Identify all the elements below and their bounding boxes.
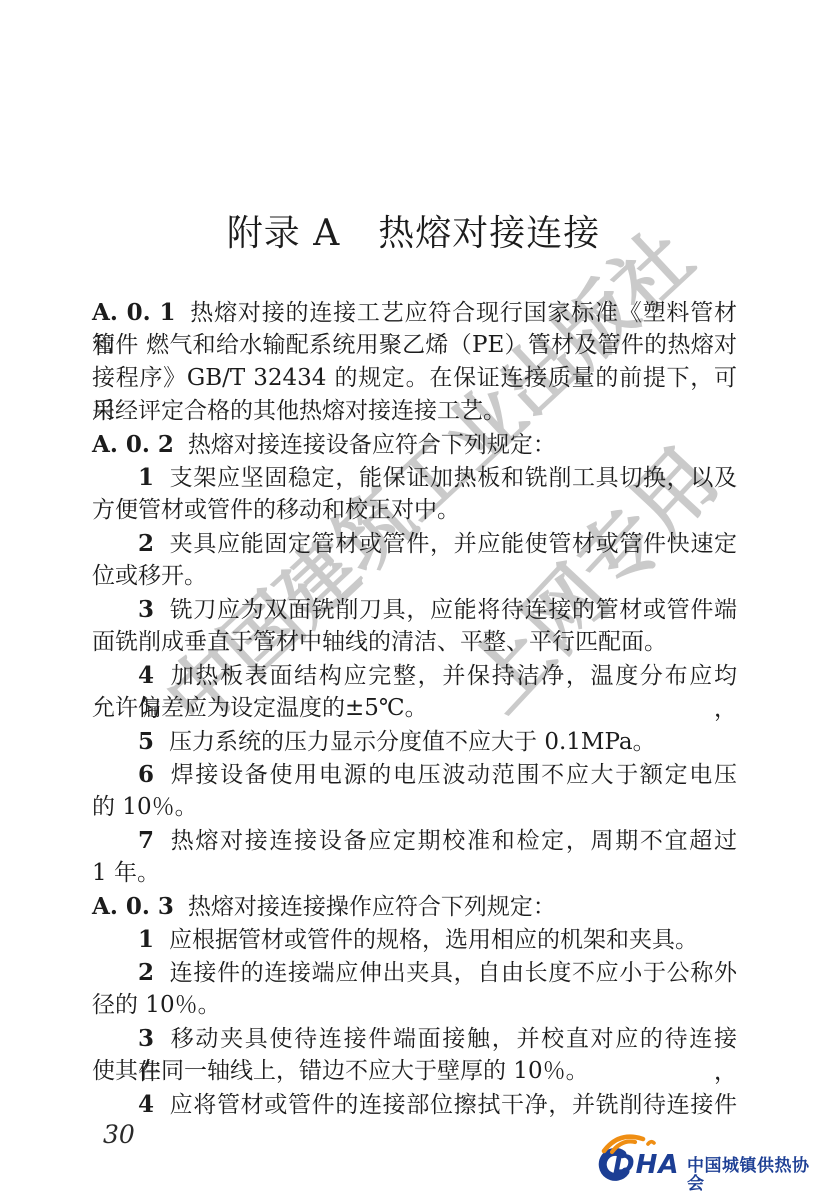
text-line: 2夹具应能固定管材或管件，并应能使管材或管件快速定 [92, 527, 737, 560]
line-text: 径的 10％。 [92, 992, 221, 1018]
line-text: 位或移开。 [92, 563, 207, 589]
line-text: 热熔对接连接操作应符合下列规定： [188, 894, 556, 920]
text-line: 5压力系统的压力显示分度值不应大于 0.1MPa。 [92, 725, 737, 758]
item-number: 4 [138, 1091, 154, 1118]
text-line: 2连接件的连接端应伸出夹具，自由长度不应小于公称外 [92, 956, 737, 989]
flame-tick-icon [648, 1142, 654, 1144]
text-line: 6焊接设备使用电源的电压波动范围不应大于额定电压 [92, 758, 737, 791]
document-page: 中国建筑工业出版社 上网专用 附录 A热熔对接连接 A. 0. 1热熔对接的连接… [0, 0, 827, 1198]
text-line: 管件 燃气和给水输配系统用聚乙烯（PE）管材及管件的热熔对 [92, 329, 737, 362]
line-text: 压力系统的压力显示分度值不应大于 0.1MPa。 [169, 729, 656, 755]
line-text: 的 10％。 [92, 794, 198, 820]
appendix-title-label: 附录 A [227, 213, 340, 254]
item-number: 4 [138, 662, 154, 689]
text-line: 位或移开。 [92, 560, 737, 593]
line-text: 夹具应能固定管材或管件，并应能使管材或管件快速定 [169, 531, 737, 557]
line-text: 管件 燃气和给水输配系统用聚乙烯（PE）管材及管件的热熔对 [92, 332, 737, 358]
text-line: 4加热板表面结构应完整，并保持洁净，温度分布应均匀， [92, 659, 737, 692]
item-number: 5 [138, 728, 154, 755]
text-line: 1支架应坚固稳定，能保证加热板和铣削工具切换，以及 [92, 461, 737, 494]
text-line: 面铣削成垂直于管材中轴线的清洁、平整、平行匹配面。 [92, 626, 737, 659]
item-number: 2 [138, 959, 154, 986]
appendix-title-name: 热熔对接连接 [378, 213, 600, 254]
line-text: 连接件的连接端应伸出夹具，自由长度不应小于公称外 [169, 960, 737, 986]
line-text: 面铣削成垂直于管材中轴线的清洁、平整、平行匹配面。 [92, 629, 667, 655]
item-number: 1 [138, 926, 154, 953]
text-line: 3移动夹具使待连接件端面接触，并校直对应的待连接件， [92, 1022, 737, 1055]
item-number: 6 [138, 761, 154, 788]
line-text: 应将管材或管件的连接部位擦拭干净，并铣削待连接件 [169, 1092, 737, 1118]
line-text: 热熔对接连接设备应符合下列规定： [188, 432, 556, 458]
text-line: 用经评定合格的其他热熔对接连接工艺。 [92, 395, 737, 428]
page-number: 30 [103, 1120, 135, 1149]
line-text: 使其在同一轴线上，错边不应大于壁厚的 10％。 [92, 1058, 589, 1084]
line-text: 1 年。 [92, 860, 160, 886]
appendix-title: 附录 A热熔对接连接 [0, 205, 827, 256]
line-text: 支架应坚固稳定，能保证加热板和铣削工具切换，以及 [169, 465, 737, 491]
clause-label: A. 0. 3 [92, 893, 174, 920]
line-text: 用经评定合格的其他热熔对接连接工艺。 [92, 398, 506, 424]
text-line: 1 年。 [92, 857, 737, 890]
item-number: 1 [138, 464, 154, 491]
item-number: 3 [138, 1025, 154, 1052]
text-line: 3铣刀应为双面铣削刀具，应能将待连接的管材或管件端 [92, 593, 737, 626]
line-text: 允许偏差应为设定温度的±5℃。 [92, 695, 428, 721]
line-text: 方便管材或管件的移动和校正对中。 [92, 497, 460, 523]
line-text: 铣刀应为双面铣削刀具，应能将待连接的管材或管件端 [169, 597, 737, 623]
text-line: 径的 10％。 [92, 989, 737, 1022]
text-line: A. 0. 1热熔对接的连接工艺应符合现行国家标准《塑料管材和 [92, 296, 737, 329]
item-number: 7 [138, 827, 154, 854]
text-line: 4应将管材或管件的连接部位擦拭干净，并铣削待连接件 [92, 1088, 737, 1121]
cdha-logo: DHA 中国城镇供热协会 [598, 1130, 818, 1190]
clause-label: A. 0. 1 [92, 299, 176, 326]
item-number: 3 [138, 596, 154, 623]
text-line: 的 10％。 [92, 791, 737, 824]
text-line: 7热熔对接连接设备应定期校准和检定，周期不宜超过 [92, 824, 737, 857]
text-line: 方便管材或管件的移动和校正对中。 [92, 494, 737, 527]
logo-acronym: DHA [613, 1152, 679, 1178]
text-line: 1应根据管材或管件的规格，选用相应的机架和夹具。 [92, 923, 737, 956]
line-text: 应根据管材或管件的规格，选用相应的机架和夹具。 [169, 927, 698, 953]
clause-label: A. 0. 2 [92, 431, 174, 458]
line-text: 热熔对接连接设备应定期校准和检定，周期不宜超过 [169, 828, 737, 854]
body-text: A. 0. 1热熔对接的连接工艺应符合现行国家标准《塑料管材和 管件 燃气和给水… [92, 296, 737, 1121]
line-text: 焊接设备使用电源的电压波动范围不应大于额定电压 [169, 762, 737, 788]
logo-org-name: 中国城镇供热协会 [687, 1157, 818, 1193]
item-number: 2 [138, 530, 154, 557]
text-line: A. 0. 2热熔对接连接设备应符合下列规定： [92, 428, 737, 461]
text-line: 接程序》GB/T 32434 的规定。在保证连接质量的前提下，可采 [92, 362, 737, 395]
text-line: A. 0. 3热熔对接连接操作应符合下列规定： [92, 890, 737, 923]
